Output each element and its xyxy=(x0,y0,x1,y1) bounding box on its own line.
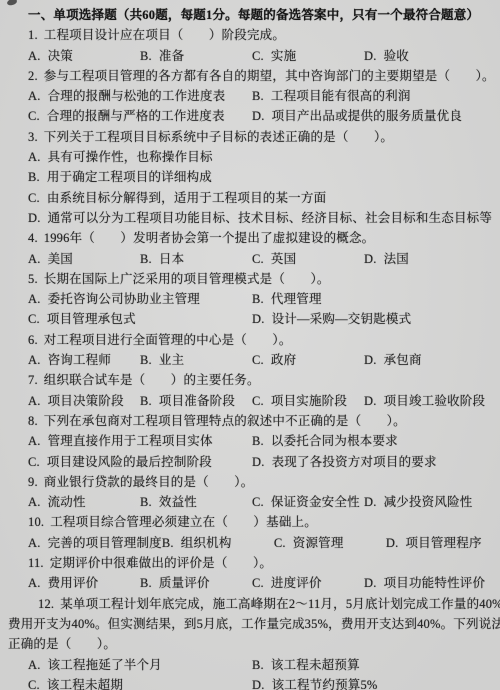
options-row: A.完善的项目管理制度B.组织机构C.资源管理D.项目管理程序 xyxy=(0,533,500,553)
option-text: 流动性 xyxy=(48,495,86,509)
question-number: 11. xyxy=(28,556,44,570)
option-cell: A.项目决策阶段 xyxy=(28,391,140,411)
option-text: 以委托合同为根本要求 xyxy=(271,434,398,448)
question-stem-line: 8.下列在承包商对工程项目管理特点的叙述中不正确的是（ ）。 xyxy=(0,411,500,431)
options-row: A.费用评价B.质量评价C.进度评价D.项目功能特性评价 xyxy=(0,573,500,593)
option-cell: A.流动性 xyxy=(28,492,140,512)
option-cell: A.完善的项目管理制度 xyxy=(28,533,162,553)
question-number: 6. xyxy=(28,333,38,347)
option-text: 资源管理 xyxy=(293,536,344,550)
option-cell: D.该工程节约预算5% xyxy=(252,675,476,690)
option-cell: C.项目建设风险的最后控制阶段 xyxy=(28,452,252,472)
option-cell: B.代理管理 xyxy=(252,289,476,309)
option-text: 表现了各投资方对项目的要求 xyxy=(272,455,437,469)
question-stem-text: 对工程项目进行全面管理的中心是（ ）。 xyxy=(44,333,292,347)
option-cell: B.该工程未超预算 xyxy=(252,655,476,675)
question-stem-text: 商业银行贷款的最终目的是（ ）。 xyxy=(44,475,254,489)
option-text: 代理管理 xyxy=(271,292,322,306)
option-label: C. xyxy=(252,252,264,266)
option-text: 设计—采购—交钥匙模式 xyxy=(272,312,412,326)
option-label: D. xyxy=(364,353,377,367)
question-stem-text: 工程项目综合管理必须建立在（ ）基础上。 xyxy=(50,515,317,529)
option-text: 委托咨询公司协助业主管理 xyxy=(48,292,200,306)
option-text: 减少投资风险性 xyxy=(384,495,473,509)
option-cell: C.进度评价 xyxy=(252,573,364,593)
option-cell: D.项目功能特性评价 xyxy=(364,573,485,593)
option-label: D. xyxy=(386,536,399,550)
option-text: 项目竣工验收阶段 xyxy=(384,394,486,408)
option-cell: D.验收 xyxy=(364,46,476,66)
option-label: A. xyxy=(28,576,41,590)
question-stem-line: 5.长期在国际上广泛采用的项目管理模式是（ ）。 xyxy=(0,269,500,289)
option-text: 英国 xyxy=(271,252,296,266)
option-label: C. xyxy=(252,495,264,509)
options-row: C.项目管理承包式D.设计—采购—交钥匙模式 xyxy=(0,309,500,329)
option-label: A. xyxy=(28,292,41,306)
option-cell: C.英国 xyxy=(252,249,364,269)
question-stem-text: 费用开支为40%。但实测结果，到5月底，工作量完成35%，费用开支达到40%。下… xyxy=(8,617,500,631)
option-text: 实施 xyxy=(271,49,296,63)
option-cell: A.该工程拖延了半个月 xyxy=(28,655,252,675)
option-cell: D.承包商 xyxy=(364,350,476,370)
option-label: A. xyxy=(28,150,41,164)
question-stem-line: 12.某单项工程计划年底完成，施工高峰期在2～11月，5月底计划完成工作量的40… xyxy=(0,594,500,614)
question-stem-line: 7.组织联合试车是（ ）的主要任务。 xyxy=(0,370,500,390)
option-label: B. xyxy=(140,353,152,367)
question-stem-line: 1.工程项目设计应在项目（ ）阶段完成。 xyxy=(0,25,500,45)
option-text: 工程项目能有很高的利润 xyxy=(271,89,411,103)
question-stem-text: 组织联合试车是（ ）的主要任务。 xyxy=(44,373,260,387)
option-label: A. xyxy=(28,536,41,550)
document-body: 一、单项选择题（共60题，每题1分。每题的备选答案中，只有一个最符合题意） 1.… xyxy=(0,5,500,690)
option-cell: B.工程项目能有很高的利润 xyxy=(252,86,476,106)
option-label: A. xyxy=(28,495,41,509)
question-stem-continuation: 正确的是（ ）。 xyxy=(0,634,500,654)
option-cell: C.该工程未超期 xyxy=(28,675,252,690)
option-text: 美国 xyxy=(48,252,73,266)
option-text: 合理的报酬与松弛的工作进度表 xyxy=(48,89,226,103)
section-title: 一、单项选择题（共60题，每题1分。每题的备选答案中，只有一个最符合题意） xyxy=(28,8,479,22)
option-cell: B.用于确定工程项目的详细构成 xyxy=(28,167,212,187)
option-text: 项目管理程序 xyxy=(405,536,481,550)
question-number: 4. xyxy=(28,231,38,245)
option-cell: B.日本 xyxy=(140,249,252,269)
option-text: 该工程未超期 xyxy=(47,678,123,690)
option-cell: A.决策 xyxy=(28,46,140,66)
option-label: B. xyxy=(252,292,264,306)
option-cell: A.委托咨询公司协助业主管理 xyxy=(28,289,252,309)
option-label: D. xyxy=(28,211,41,225)
option-cell: A.合理的报酬与松弛的工作进度表 xyxy=(28,86,252,106)
option-label: A. xyxy=(28,252,41,266)
section-title-line: 一、单项选择题（共60题，每题1分。每题的备选答案中，只有一个最符合题意） xyxy=(0,5,500,25)
option-label: B. xyxy=(162,536,174,550)
option-text: 进度评价 xyxy=(271,576,322,590)
option-label: B. xyxy=(140,576,152,590)
option-text: 项目实施阶段 xyxy=(271,394,347,408)
options-row: A.流动性B.效益性C.保证资金安全性D.减少投资风险性 xyxy=(0,492,500,512)
options-row: A.美国B.日本C.英国D.法国 xyxy=(0,249,500,269)
option-label: D. xyxy=(252,109,265,123)
option-text: 政府 xyxy=(271,353,296,367)
option-cell: D.减少投资风险性 xyxy=(364,492,476,512)
option-label: D. xyxy=(364,576,377,590)
question-stem-line: 10.工程项目综合管理必须建立在（ ）基础上。 xyxy=(0,512,500,532)
option-text: 承包商 xyxy=(384,353,422,367)
options-row: A.项目决策阶段B.项目准备阶段C.项目实施阶段D.项目竣工验收阶段 xyxy=(0,391,500,411)
options-row: C.该工程未超期D.该工程节约预算5% xyxy=(0,675,500,690)
options-row: A.合理的报酬与松弛的工作进度表B.工程项目能有很高的利润 xyxy=(0,86,500,106)
option-text: 保证资金安全性 xyxy=(271,495,360,509)
option-cell: A.管理直接作用于工程项目实体 xyxy=(28,431,252,451)
question-stem-text: 长期在国际上广泛采用的项目管理模式是（ ）。 xyxy=(44,272,330,286)
option-label: A. xyxy=(28,658,41,672)
option-label: B. xyxy=(252,89,264,103)
option-text: 准备 xyxy=(159,49,184,63)
option-label: A. xyxy=(28,353,41,367)
question-stem-text: 正确的是（ ）。 xyxy=(8,637,116,651)
option-cell: C.项目实施阶段 xyxy=(252,391,364,411)
question-number: 8. xyxy=(28,414,38,428)
question-number: 7. xyxy=(28,373,38,387)
option-text: 项目建设风险的最后控制阶段 xyxy=(47,455,212,469)
option-label: C. xyxy=(252,49,264,63)
option-text: 业主 xyxy=(159,353,184,367)
option-text: 合理的报酬与严格的工作进度表 xyxy=(47,109,225,123)
options-row: A.管理直接作用于工程项目实体B.以委托合同为根本要求 xyxy=(0,431,500,451)
option-text: 项目决策阶段 xyxy=(48,394,124,408)
option-label: C. xyxy=(28,191,40,205)
option-cell: A.咨询工程师 xyxy=(28,350,140,370)
options-row: A.具有可操作性，也称操作目标 xyxy=(0,147,500,167)
question-number: 5. xyxy=(28,272,38,286)
option-label: C. xyxy=(252,394,264,408)
option-cell: C.由系统目标分解得到，适用于工程项目的某一方面 xyxy=(28,188,326,208)
options-row: A.咨询工程师B.业主C.政府D.承包商 xyxy=(0,350,500,370)
option-label: C. xyxy=(252,576,264,590)
option-label: B. xyxy=(28,170,40,184)
option-label: B. xyxy=(140,495,152,509)
option-label: C. xyxy=(28,678,40,690)
option-label: C. xyxy=(252,353,264,367)
option-text: 验收 xyxy=(384,49,409,63)
question-stem-text: 下列在承包商对工程项目管理特点的叙述中不正确的是（ ）。 xyxy=(44,414,406,428)
question-number: 1. xyxy=(28,28,38,42)
option-label: A. xyxy=(28,89,41,103)
option-label: B. xyxy=(140,252,152,266)
option-cell: B.质量评价 xyxy=(140,573,252,593)
question-number: 9. xyxy=(28,475,38,489)
question-stem-text: 工程项目设计应在项目（ ）阶段完成。 xyxy=(44,28,285,42)
option-text: 费用评价 xyxy=(48,576,99,590)
option-text: 用于确定工程项目的详细构成 xyxy=(47,170,212,184)
question-stem-continuation: 费用开支为40%。但实测结果，到5月底，工作量完成35%，费用开支达到40%。下… xyxy=(0,614,500,634)
option-cell: D.项目产出品或提供的服务质量优良 xyxy=(252,106,476,126)
option-cell: D.表现了各投资方对项目的要求 xyxy=(252,452,476,472)
option-label: D. xyxy=(364,495,377,509)
option-label: D. xyxy=(252,678,265,690)
option-text: 质量评价 xyxy=(159,576,210,590)
option-text: 项目功能特性评价 xyxy=(384,576,486,590)
option-cell: D.通常可以分为工程项目功能目标、技术目标、经济目标、社会目标和生态目标等 xyxy=(28,208,492,228)
exam-page: 一、单项选择题（共60题，每题1分。每题的备选答案中，只有一个最符合题意） 1.… xyxy=(0,0,500,690)
question-number: 10. xyxy=(28,515,44,529)
option-text: 法国 xyxy=(384,252,409,266)
option-text: 决策 xyxy=(48,49,73,63)
option-label: D. xyxy=(364,394,377,408)
option-cell: A.费用评价 xyxy=(28,573,140,593)
option-cell: D.法国 xyxy=(364,249,476,269)
option-label: A. xyxy=(28,434,41,448)
question-number: 2. xyxy=(28,69,38,83)
option-text: 组织机构 xyxy=(181,536,232,550)
option-text: 项目管理承包式 xyxy=(47,312,136,326)
question-stem-text: 1996年（ ）发明者协会第一个提出了虚拟建设的概念。 xyxy=(44,231,375,245)
option-label: A. xyxy=(28,49,41,63)
options-row: A.决策B.准备C.实施D.验收 xyxy=(0,46,500,66)
option-text: 项目准备阶段 xyxy=(159,394,235,408)
question-stem-text: 参与工程项目管理的各方都有各自的期望，其中咨询部门的主要期望是（ ）。 xyxy=(44,69,495,83)
option-cell: B.业主 xyxy=(140,350,252,370)
option-cell: D.项目竣工验收阶段 xyxy=(364,391,485,411)
option-text: 具有可操作性，也称操作目标 xyxy=(48,150,213,164)
question-stem-line: 6.对工程项目进行全面管理的中心是（ ）。 xyxy=(0,330,500,350)
options-row: C.由系统目标分解得到，适用于工程项目的某一方面 xyxy=(0,188,500,208)
question-stem-line: 4.1996年（ ）发明者协会第一个提出了虚拟建设的概念。 xyxy=(0,228,500,248)
question-stem-line: 3.下列关于工程项目目标系统中子目标的表述正确的是（ ）。 xyxy=(0,127,500,147)
question-stem-text: 下列关于工程项目目标系统中子目标的表述正确的是（ ）。 xyxy=(44,130,393,144)
option-label: B. xyxy=(252,658,264,672)
option-cell: D.项目管理程序 xyxy=(386,533,498,553)
option-label: D. xyxy=(364,252,377,266)
option-text: 该工程未超预算 xyxy=(271,658,360,672)
question-stem-line: 2.参与工程项目管理的各方都有各自的期望，其中咨询部门的主要期望是（ ）。 xyxy=(0,66,500,86)
option-label: C. xyxy=(28,312,40,326)
option-text: 咨询工程师 xyxy=(48,353,112,367)
option-text: 日本 xyxy=(159,252,184,266)
option-cell: B.项目准备阶段 xyxy=(140,391,252,411)
option-label: B. xyxy=(140,394,152,408)
option-text: 通常可以分为工程项目功能目标、技术目标、经济目标、社会目标和生态目标等 xyxy=(48,211,493,225)
question-stem-text: 定期评价中很难做出的评价是（ ）。 xyxy=(50,556,272,570)
option-cell: C.合理的报酬与严格的工作进度表 xyxy=(28,106,252,126)
option-cell: A.美国 xyxy=(28,249,140,269)
option-cell: C.资源管理 xyxy=(274,533,386,553)
option-text: 项目产出品或提供的服务质量优良 xyxy=(272,109,463,123)
option-label: D. xyxy=(252,455,265,469)
option-label: D. xyxy=(252,312,265,326)
option-text: 效益性 xyxy=(159,495,197,509)
option-text: 该工程节约预算5% xyxy=(272,678,378,690)
option-cell: C.政府 xyxy=(252,350,364,370)
option-label: D. xyxy=(364,49,377,63)
option-cell: B.准备 xyxy=(140,46,252,66)
option-label: B. xyxy=(252,434,264,448)
option-label: C. xyxy=(28,109,40,123)
option-cell: B.效益性 xyxy=(140,492,252,512)
question-stem-text: 某单项工程计划年底完成，施工高峰期在2～11月，5月底计划完成工作量的40%， xyxy=(60,597,500,611)
option-label: A. xyxy=(28,394,41,408)
options-row: C.项目建设风险的最后控制阶段D.表现了各投资方对项目的要求 xyxy=(0,452,500,472)
question-number: 3. xyxy=(28,130,38,144)
option-cell: B.以委托合同为根本要求 xyxy=(252,431,476,451)
option-text: 由系统目标分解得到，适用于工程项目的某一方面 xyxy=(47,191,326,205)
option-cell: B.组织机构 xyxy=(162,533,274,553)
option-cell: D.设计—采购—交钥匙模式 xyxy=(252,309,476,329)
options-row: D.通常可以分为工程项目功能目标、技术目标、经济目标、社会目标和生态目标等 xyxy=(0,208,500,228)
options-row: A.该工程拖延了半个月B.该工程未超预算 xyxy=(0,655,500,675)
option-label: C. xyxy=(274,536,286,550)
option-text: 该工程拖延了半个月 xyxy=(48,658,162,672)
options-row: A.委托咨询公司协助业主管理B.代理管理 xyxy=(0,289,500,309)
options-row: C.合理的报酬与严格的工作进度表D.项目产出品或提供的服务质量优良 xyxy=(0,106,500,126)
option-cell: C.保证资金安全性 xyxy=(252,492,364,512)
question-stem-line: 11.定期评价中很难做出的评价是（ ）。 xyxy=(0,553,500,573)
question-number: 12. xyxy=(38,597,54,611)
option-text: 完善的项目管理制度 xyxy=(48,536,162,550)
options-row: B.用于确定工程项目的详细构成 xyxy=(0,167,500,187)
question-stem-line: 9.商业银行贷款的最终目的是（ ）。 xyxy=(0,472,500,492)
option-cell: A.具有可操作性，也称操作目标 xyxy=(28,147,213,167)
option-text: 管理直接作用于工程项目实体 xyxy=(48,434,213,448)
option-label: B. xyxy=(140,49,152,63)
option-cell: C.实施 xyxy=(252,46,364,66)
option-label: C. xyxy=(28,455,40,469)
option-cell: C.项目管理承包式 xyxy=(28,309,252,329)
